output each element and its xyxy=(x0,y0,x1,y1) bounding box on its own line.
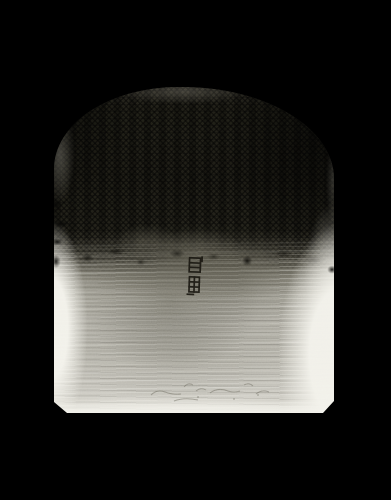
rubbing-photograph xyxy=(0,0,391,500)
stele-tablet xyxy=(54,87,334,413)
paper-grain-overlay xyxy=(54,87,334,413)
